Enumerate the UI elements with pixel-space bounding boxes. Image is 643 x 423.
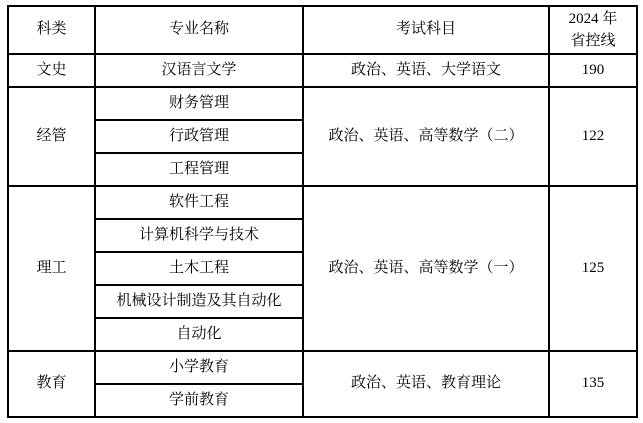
score-cell: 135 bbox=[549, 351, 637, 417]
major-cell: 自动化 bbox=[95, 318, 303, 351]
major-cell: 学前教育 bbox=[95, 384, 303, 417]
major-cell: 土木工程 bbox=[95, 252, 303, 285]
major-cell: 计算机科学与技术 bbox=[95, 219, 303, 252]
table-row: 文史 汉语言文学 政治、英语、大学语文 190 bbox=[8, 54, 637, 87]
major-cell: 机械设计制造及其自动化 bbox=[95, 285, 303, 318]
table-row: 教育 小学教育 政治、英语、教育理论 135 bbox=[8, 351, 637, 384]
score-cell: 122 bbox=[549, 87, 637, 186]
major-cell: 小学教育 bbox=[95, 351, 303, 384]
major-cell: 工程管理 bbox=[95, 153, 303, 186]
major-cell: 软件工程 bbox=[95, 186, 303, 219]
header-subjects: 考试科目 bbox=[303, 6, 549, 54]
table-header-row: 科类 专业名称 考试科目 2024 年 省控线 bbox=[8, 6, 637, 54]
header-score-line: 2024 年 省控线 bbox=[549, 6, 637, 54]
category-cell: 经管 bbox=[8, 87, 95, 186]
category-cell: 理工 bbox=[8, 186, 95, 351]
admission-score-table: 科类 专业名称 考试科目 2024 年 省控线 文史 汉语言文学 政治、英语、大… bbox=[7, 5, 638, 418]
major-cell: 财务管理 bbox=[95, 87, 303, 120]
category-cell: 文史 bbox=[8, 54, 95, 87]
header-major: 专业名称 bbox=[95, 6, 303, 54]
category-cell: 教育 bbox=[8, 351, 95, 417]
subjects-cell: 政治、英语、高等数学（一） bbox=[303, 186, 549, 351]
header-score-line-label: 省控线 bbox=[552, 30, 634, 52]
header-category: 科类 bbox=[8, 6, 95, 54]
major-cell: 行政管理 bbox=[95, 120, 303, 153]
subjects-cell: 政治、英语、高等数学（二） bbox=[303, 87, 549, 186]
table-row: 经管 财务管理 政治、英语、高等数学（二） 122 bbox=[8, 87, 637, 120]
header-score-line-year: 2024 年 bbox=[552, 8, 634, 30]
score-cell: 190 bbox=[549, 54, 637, 87]
subjects-cell: 政治、英语、教育理论 bbox=[303, 351, 549, 417]
table-row: 理工 软件工程 政治、英语、高等数学（一） 125 bbox=[8, 186, 637, 219]
page: 科类 专业名称 考试科目 2024 年 省控线 文史 汉语言文学 政治、英语、大… bbox=[0, 0, 643, 423]
subjects-cell: 政治、英语、大学语文 bbox=[303, 54, 549, 87]
score-cell: 125 bbox=[549, 186, 637, 351]
major-cell: 汉语言文学 bbox=[95, 54, 303, 87]
